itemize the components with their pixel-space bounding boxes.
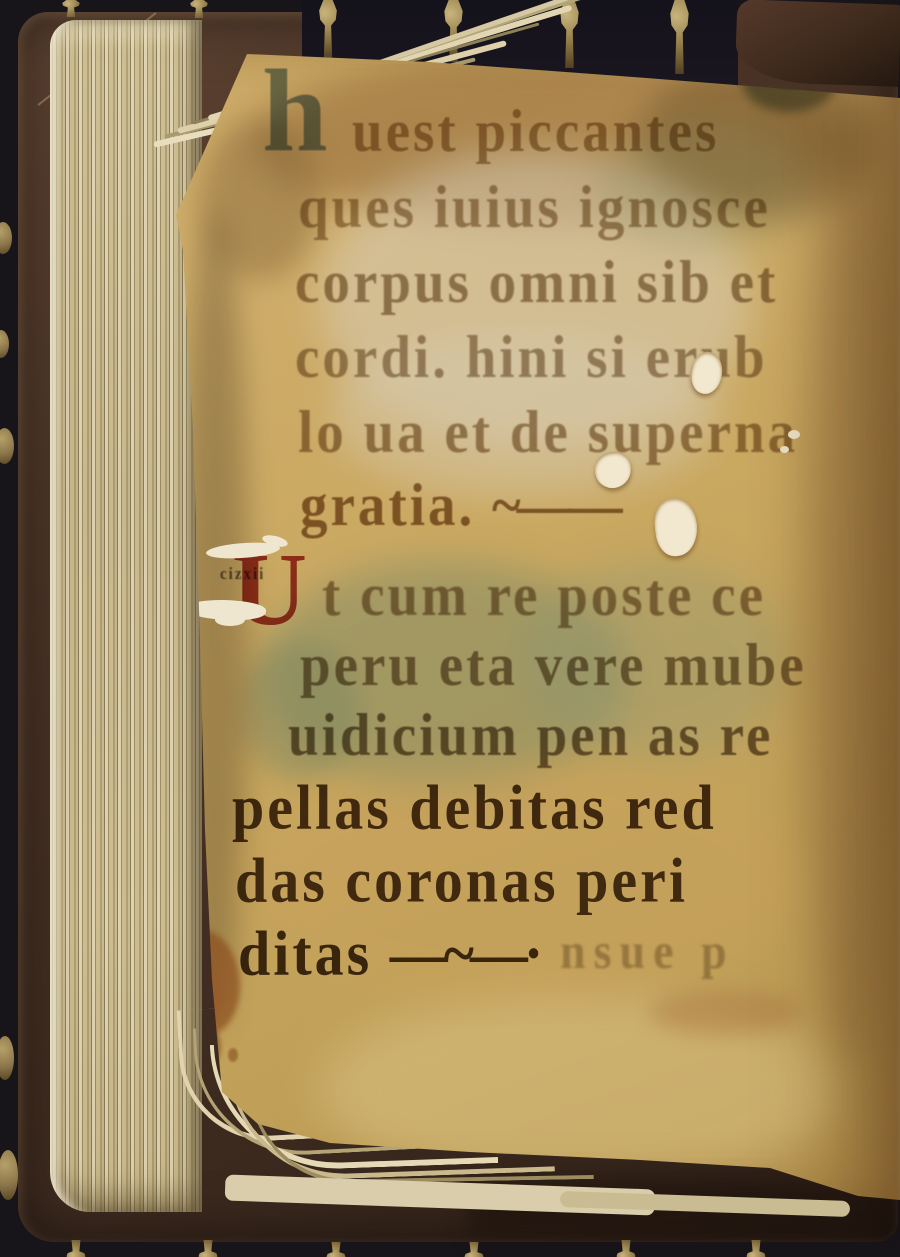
brass-fitting — [0, 1150, 18, 1200]
pen-flourish: —~—· — [390, 917, 540, 989]
manuscript-line: lo ua et de superna — [298, 397, 798, 466]
manuscript-line: ques iuius ignosce — [298, 172, 771, 241]
photograph-of-manuscript: { "image": { "background_color": "#17141… — [0, 0, 900, 1257]
rust-stain — [228, 1048, 238, 1062]
parchment-stain — [650, 990, 800, 1035]
show-through-text: nsue p — [560, 922, 735, 980]
brass-fitting — [0, 330, 9, 358]
white-fleck — [780, 446, 789, 453]
manuscript-line: gratia. ~—— — [300, 470, 619, 539]
white-fleck — [788, 430, 800, 439]
parchment-hole — [652, 496, 700, 558]
brass-foot — [322, 1242, 350, 1257]
manuscript-line: das coronas peri — [235, 843, 688, 917]
manuscript-line: corpus omni sib et — [295, 247, 778, 316]
initial-h-blue: h — [262, 52, 328, 170]
brass-fitting — [0, 1036, 14, 1080]
brass-fitting — [0, 428, 14, 464]
brass-foot — [460, 1242, 488, 1257]
manuscript-line: uest piccantes — [352, 96, 719, 165]
line-text: ditas — [238, 917, 372, 989]
parchment-stain — [800, 120, 900, 1070]
manuscript-line: pellas debitas red — [232, 770, 717, 844]
manuscript-line: ditas —~—· — [238, 916, 539, 990]
manuscript-line: uidicium pen as re — [288, 700, 773, 769]
line-text: gratia. — [300, 471, 475, 538]
brass-fitting — [0, 222, 12, 254]
white-patch — [215, 614, 245, 626]
brass-foot — [612, 1240, 640, 1257]
manuscript-line: peru eta vere mube — [300, 630, 807, 699]
brass-foot — [62, 1240, 90, 1257]
brass-foot — [194, 1240, 222, 1257]
brass-foot — [742, 1240, 770, 1257]
manuscript-line: t cum re poste ce — [322, 560, 766, 629]
